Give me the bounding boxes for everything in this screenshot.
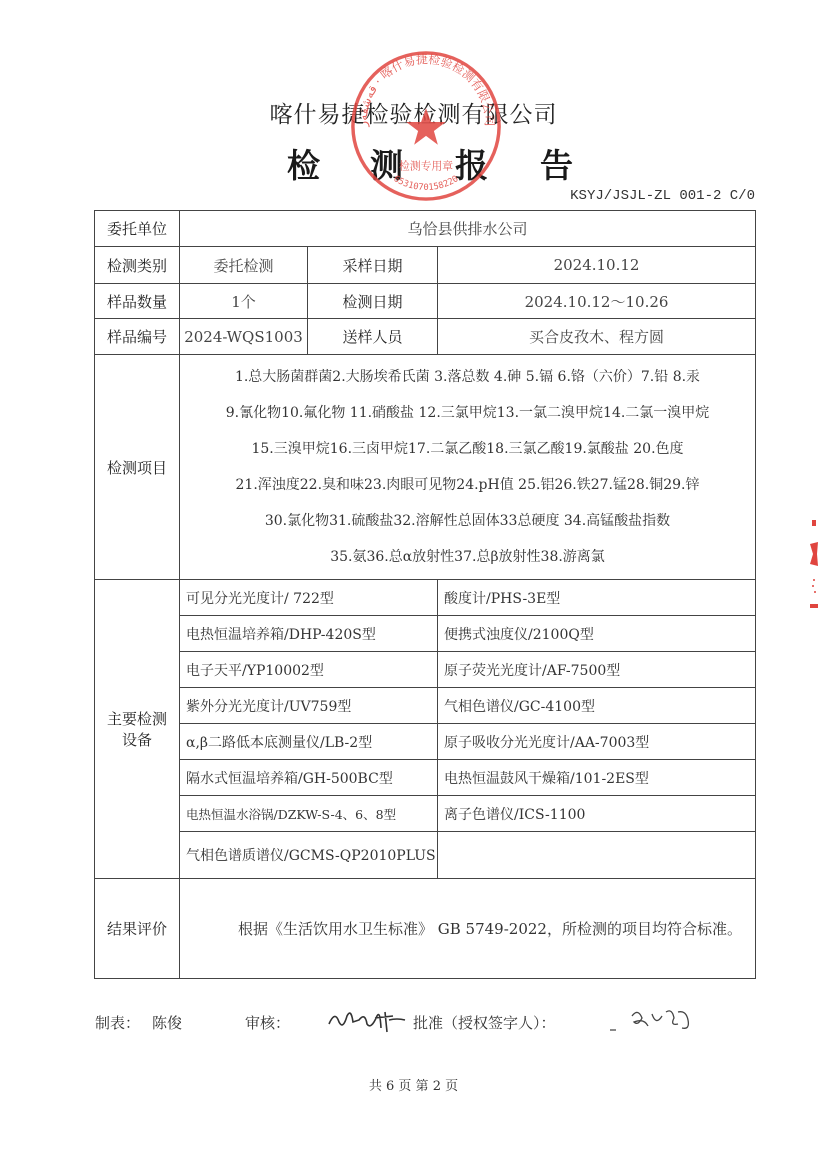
report-title-char-1: 检 [287, 140, 320, 187]
approver-signature [608, 1004, 698, 1036]
sampling-date-label: 采样日期 [308, 247, 438, 284]
equipment-row: 电热恒温培养箱/DHP-420S型 便携式浊度仪/2100Q型 [95, 616, 756, 652]
test-type-label: 检测类别 [95, 247, 180, 284]
equipment-item: 电子天平/YP10002型 [180, 652, 438, 688]
equipment-row: 主要检测 设备 可见分光光度计/ 722型 酸度计/PHS-3E型 [95, 580, 756, 616]
equipment-row: 电热恒温水浴锅/DZKW-S-4、6、8型 离子色谱仪/ICS-1100 [95, 796, 756, 832]
equipment-item: 气相色谱质谱仪/GCMS-QP2010PLUS [180, 832, 438, 879]
equipment-label-line2: 设备 [95, 729, 179, 750]
prepared-label: 制表： [95, 1012, 140, 1033]
approve-label: 批准（授权签字人）： [413, 1012, 556, 1033]
result-row: 结果评价 根据《生活饮用水卫生标准》 GB 5749-2022，所检测的项目均符… [95, 879, 756, 979]
equipment-item: 便携式浊度仪/2100Q型 [438, 616, 756, 652]
seam-seal-fragment [808, 520, 822, 610]
test-items-line: 30.氯化物31.硫酸盐32.溶解性总固体33总硬度 34.高锰酸盐指数 [186, 503, 749, 539]
equipment-item: 电热恒温培养箱/DHP-420S型 [180, 616, 438, 652]
client-row: 委托单位 乌恰县供排水公司 [95, 211, 756, 247]
page-number: 共 6 页 第 2 页 [0, 1075, 827, 1094]
equipment-row: 气相色谱质谱仪/GCMS-QP2010PLUS [95, 832, 756, 879]
equipment-row: α,β二路低本底测量仪/LB-2型 原子吸收分光光度计/AA-7003型 [95, 724, 756, 760]
equipment-item: 可见分光光度计/ 722型 [180, 580, 438, 616]
svg-text:检测专用章: 检测专用章 [399, 158, 453, 172]
sample-id-label: 样品编号 [95, 319, 180, 355]
report-title-char-4: 告 [540, 140, 573, 187]
equipment-row: 隔水式恒温培养箱/GH-500BC型 电热恒温鼓风干燥箱/101-2ES型 [95, 760, 756, 796]
result-text: 根据《生活饮用水卫生标准》 GB 5749-2022，所检测的项目均符合标准。 [238, 920, 742, 938]
sample-count-label: 样品数量 [95, 284, 180, 319]
equipment-row: 紫外分光光度计/UV759型 气相色谱仪/GC-4100型 [95, 688, 756, 724]
equipment-row: 电子天平/YP10002型 原子荧光光度计/AF-7500型 [95, 652, 756, 688]
equipment-item: 电热恒温鼓风干燥箱/101-2ES型 [438, 760, 756, 796]
company-name: 喀什易捷检验检测有限公司 [0, 96, 827, 129]
sample-count-row: 样品数量 1个 检测日期 2024.10.12～10.26 [95, 284, 756, 319]
test-type-row: 检测类别 委托检测 采样日期 2024.10.12 [95, 247, 756, 284]
test-items-line: 15.三溴甲烷16.三卤甲烷17.二氯乙酸18.三氯乙酸19.氯酸盐 20.色度 [186, 431, 749, 467]
equipment-item: 离子色谱仪/ICS-1100 [438, 796, 756, 832]
equipment-label: 主要检测 设备 [95, 580, 180, 879]
test-items-label: 检测项目 [95, 355, 180, 580]
equipment-item: α,β二路低本底测量仪/LB-2型 [180, 724, 438, 760]
test-date-value: 2024.10.12～10.26 [438, 284, 756, 319]
equipment-item-empty [438, 832, 756, 879]
equipment-item: 电热恒温水浴锅/DZKW-S-4、6、8型 [180, 796, 438, 832]
client-label: 委托单位 [95, 211, 180, 247]
sample-id-row: 样品编号 2024-WQS1003 送样人员 买合皮孜木、程方圆 [95, 319, 756, 355]
test-items-line: 9.氰化物10.氟化物 11.硝酸盐 12.三氯甲烷13.一氯二溴甲烷14.二氯… [186, 395, 749, 431]
equipment-item: 紫外分光光度计/UV759型 [180, 688, 438, 724]
client-value: 乌恰县供排水公司 [180, 211, 756, 247]
test-items-line: 21.浑浊度22.臭和味23.肉眼可见物24.pH值 25.铝26.铁27.锰2… [186, 467, 749, 503]
sender-label: 送样人员 [308, 319, 438, 355]
report-table: 委托单位 乌恰县供排水公司 检测类别 委托检测 采样日期 2024.10.12 … [94, 210, 756, 979]
prepared-name: 陈俊 [152, 1012, 182, 1033]
form-code: KSYJ/JSJL-ZL 001-2 C/0 [570, 188, 755, 204]
review-label: 审核： [245, 1012, 290, 1033]
test-items-line: 35.氨36.总α放射性37.总β放射性38.游离氯 [186, 539, 749, 575]
result-text-cell: 根据《生活饮用水卫生标准》 GB 5749-2022，所检测的项目均符合标准。 [180, 879, 756, 979]
test-type-value: 委托检测 [180, 247, 308, 284]
sample-id-value: 2024-WQS1003 [180, 319, 308, 355]
test-items-list: 1.总大肠菌群菌2.大肠埃希氏菌 3.落总数 4.砷 5.镉 6.铬（六价）7.… [180, 355, 756, 580]
report-title-char-3: 报 [455, 140, 488, 187]
report-title-char-2: 测 [370, 140, 403, 187]
equipment-item: 原子荧光光度计/AF-7500型 [438, 652, 756, 688]
test-items-line: 1.总大肠菌群菌2.大肠埃希氏菌 3.落总数 4.砷 5.镉 6.铬（六价）7.… [186, 359, 749, 395]
reviewer-signature [325, 1004, 410, 1036]
sampling-date-value: 2024.10.12 [438, 247, 756, 284]
equipment-item: 隔水式恒温培养箱/GH-500BC型 [180, 760, 438, 796]
sample-count-value: 1个 [180, 284, 308, 319]
test-items-row: 检测项目 1.总大肠菌群菌2.大肠埃希氏菌 3.落总数 4.砷 5.镉 6.铬（… [95, 355, 756, 580]
equipment-item: 气相色谱仪/GC-4100型 [438, 688, 756, 724]
test-date-label: 检测日期 [308, 284, 438, 319]
equipment-item: 酸度计/PHS-3E型 [438, 580, 756, 616]
sender-value: 买合皮孜木、程方圆 [438, 319, 756, 355]
equipment-label-line1: 主要检测 [95, 708, 179, 729]
result-label: 结果评价 [95, 879, 180, 979]
equipment-item: 原子吸收分光光度计/AA-7003型 [438, 724, 756, 760]
